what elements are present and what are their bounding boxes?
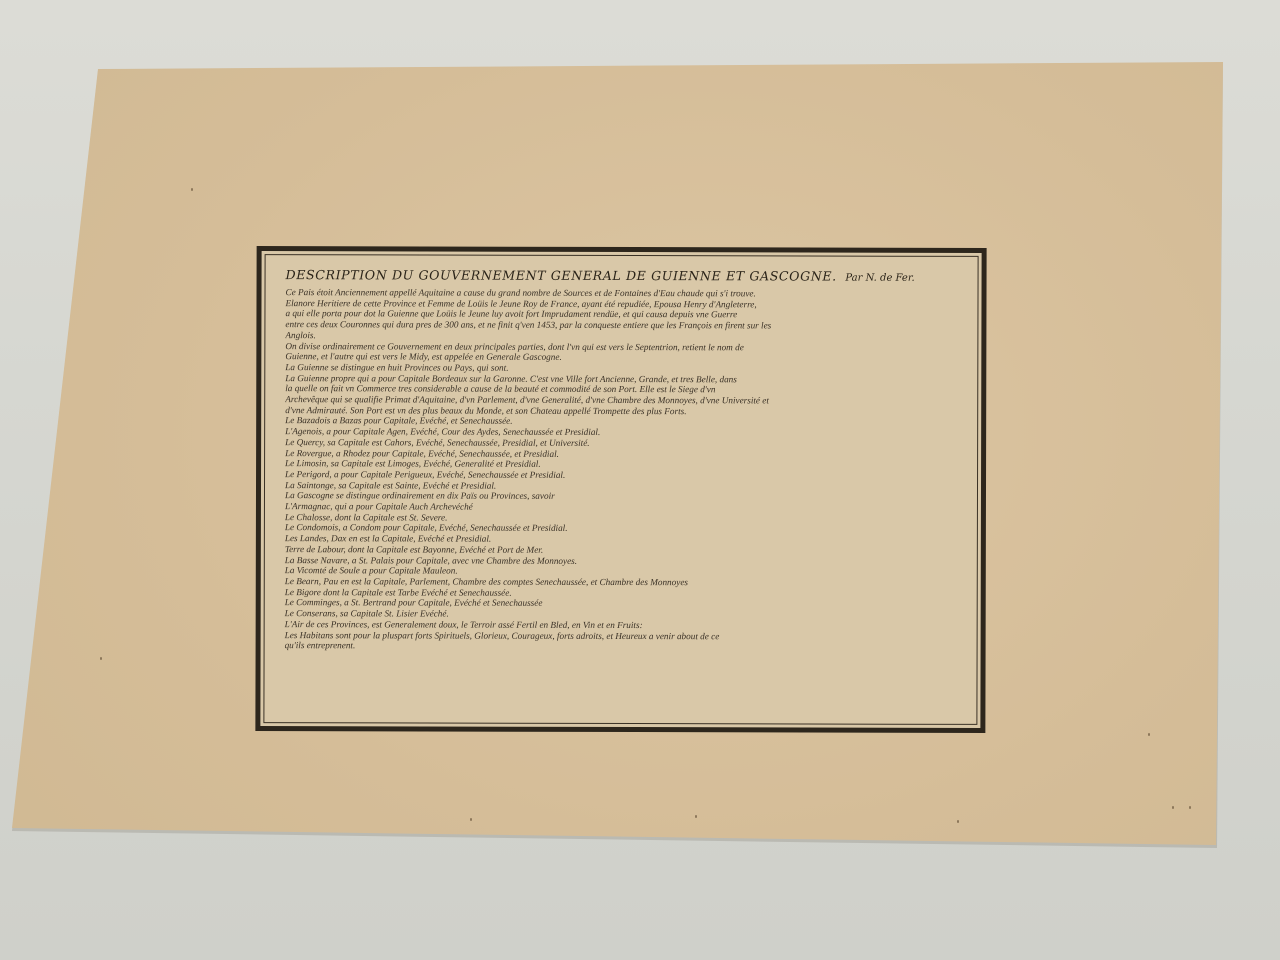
text-line: Les Habitans sont pour la pluspart forts… — [285, 630, 963, 642]
foxing-spot — [470, 818, 472, 821]
foxing-spot — [191, 188, 193, 191]
engraved-plate-frame: DESCRIPTION DU GOUVERNEMENT GENERAL DE G… — [255, 246, 986, 733]
plate-inner-border: DESCRIPTION DU GOUVERNEMENT GENERAL DE G… — [263, 254, 978, 725]
text-line: qu'ils entreprenent. — [285, 640, 963, 652]
foxing-spot — [695, 815, 697, 818]
text-line: entre ces deux Couronnes qui dura pres d… — [285, 319, 963, 331]
author-credit: Par N. de Fer. — [845, 273, 914, 284]
foxing-spot — [1148, 733, 1150, 736]
foxing-spot — [1189, 806, 1191, 809]
title-text: DESCRIPTION DU GOUVERNEMENT GENERAL DE G… — [286, 267, 837, 283]
foxing-spot — [100, 657, 102, 660]
description-text: Ce Pais étoit Anciennement appellé Aquit… — [285, 287, 964, 653]
document-title: DESCRIPTION DU GOUVERNEMENT GENERAL DE G… — [286, 267, 964, 284]
foxing-spot — [1172, 806, 1174, 809]
foxing-spot — [957, 820, 959, 823]
